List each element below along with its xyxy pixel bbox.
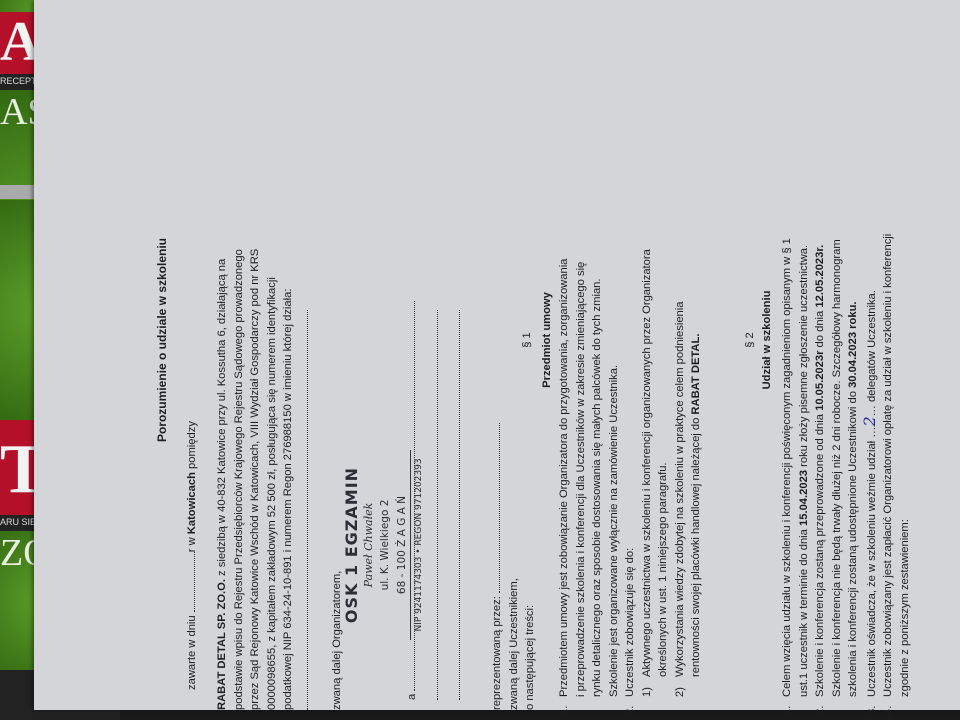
party1-block: RABAT DETAL SP. ZO.O. z siedzibą w 40-83…	[214, 249, 345, 710]
section1-number: § 1	[519, 0, 536, 700]
section2-title: Udział w szkoleniu	[759, 0, 776, 700]
section2-list: 1.Celem wzięcia udziału w szkoleniu i ko…	[779, 234, 913, 715]
document-page: Porozumienie o udziale w szkoleniu zawar…	[34, 0, 960, 710]
document-title: Porozumienie o udziale w szkoleniu	[154, 0, 171, 700]
section1-list: 1.Przedmiotem umowy jest zobowiązanie Or…	[556, 249, 705, 715]
intro-line: zawarte w dniu r w Katowicach pomiędzy	[184, 421, 201, 690]
section1-title: Przedmiot umowy	[539, 0, 556, 700]
handwritten-delegate-count: 2	[860, 416, 879, 426]
company-stamp: OSK 1 EGZAMIN Paweł Chwałek ul. K. Wielk…	[344, 450, 428, 640]
section2-number: § 2	[742, 0, 759, 700]
agreement-document: Porozumienie o udziale w szkoleniu zawar…	[154, 0, 954, 700]
